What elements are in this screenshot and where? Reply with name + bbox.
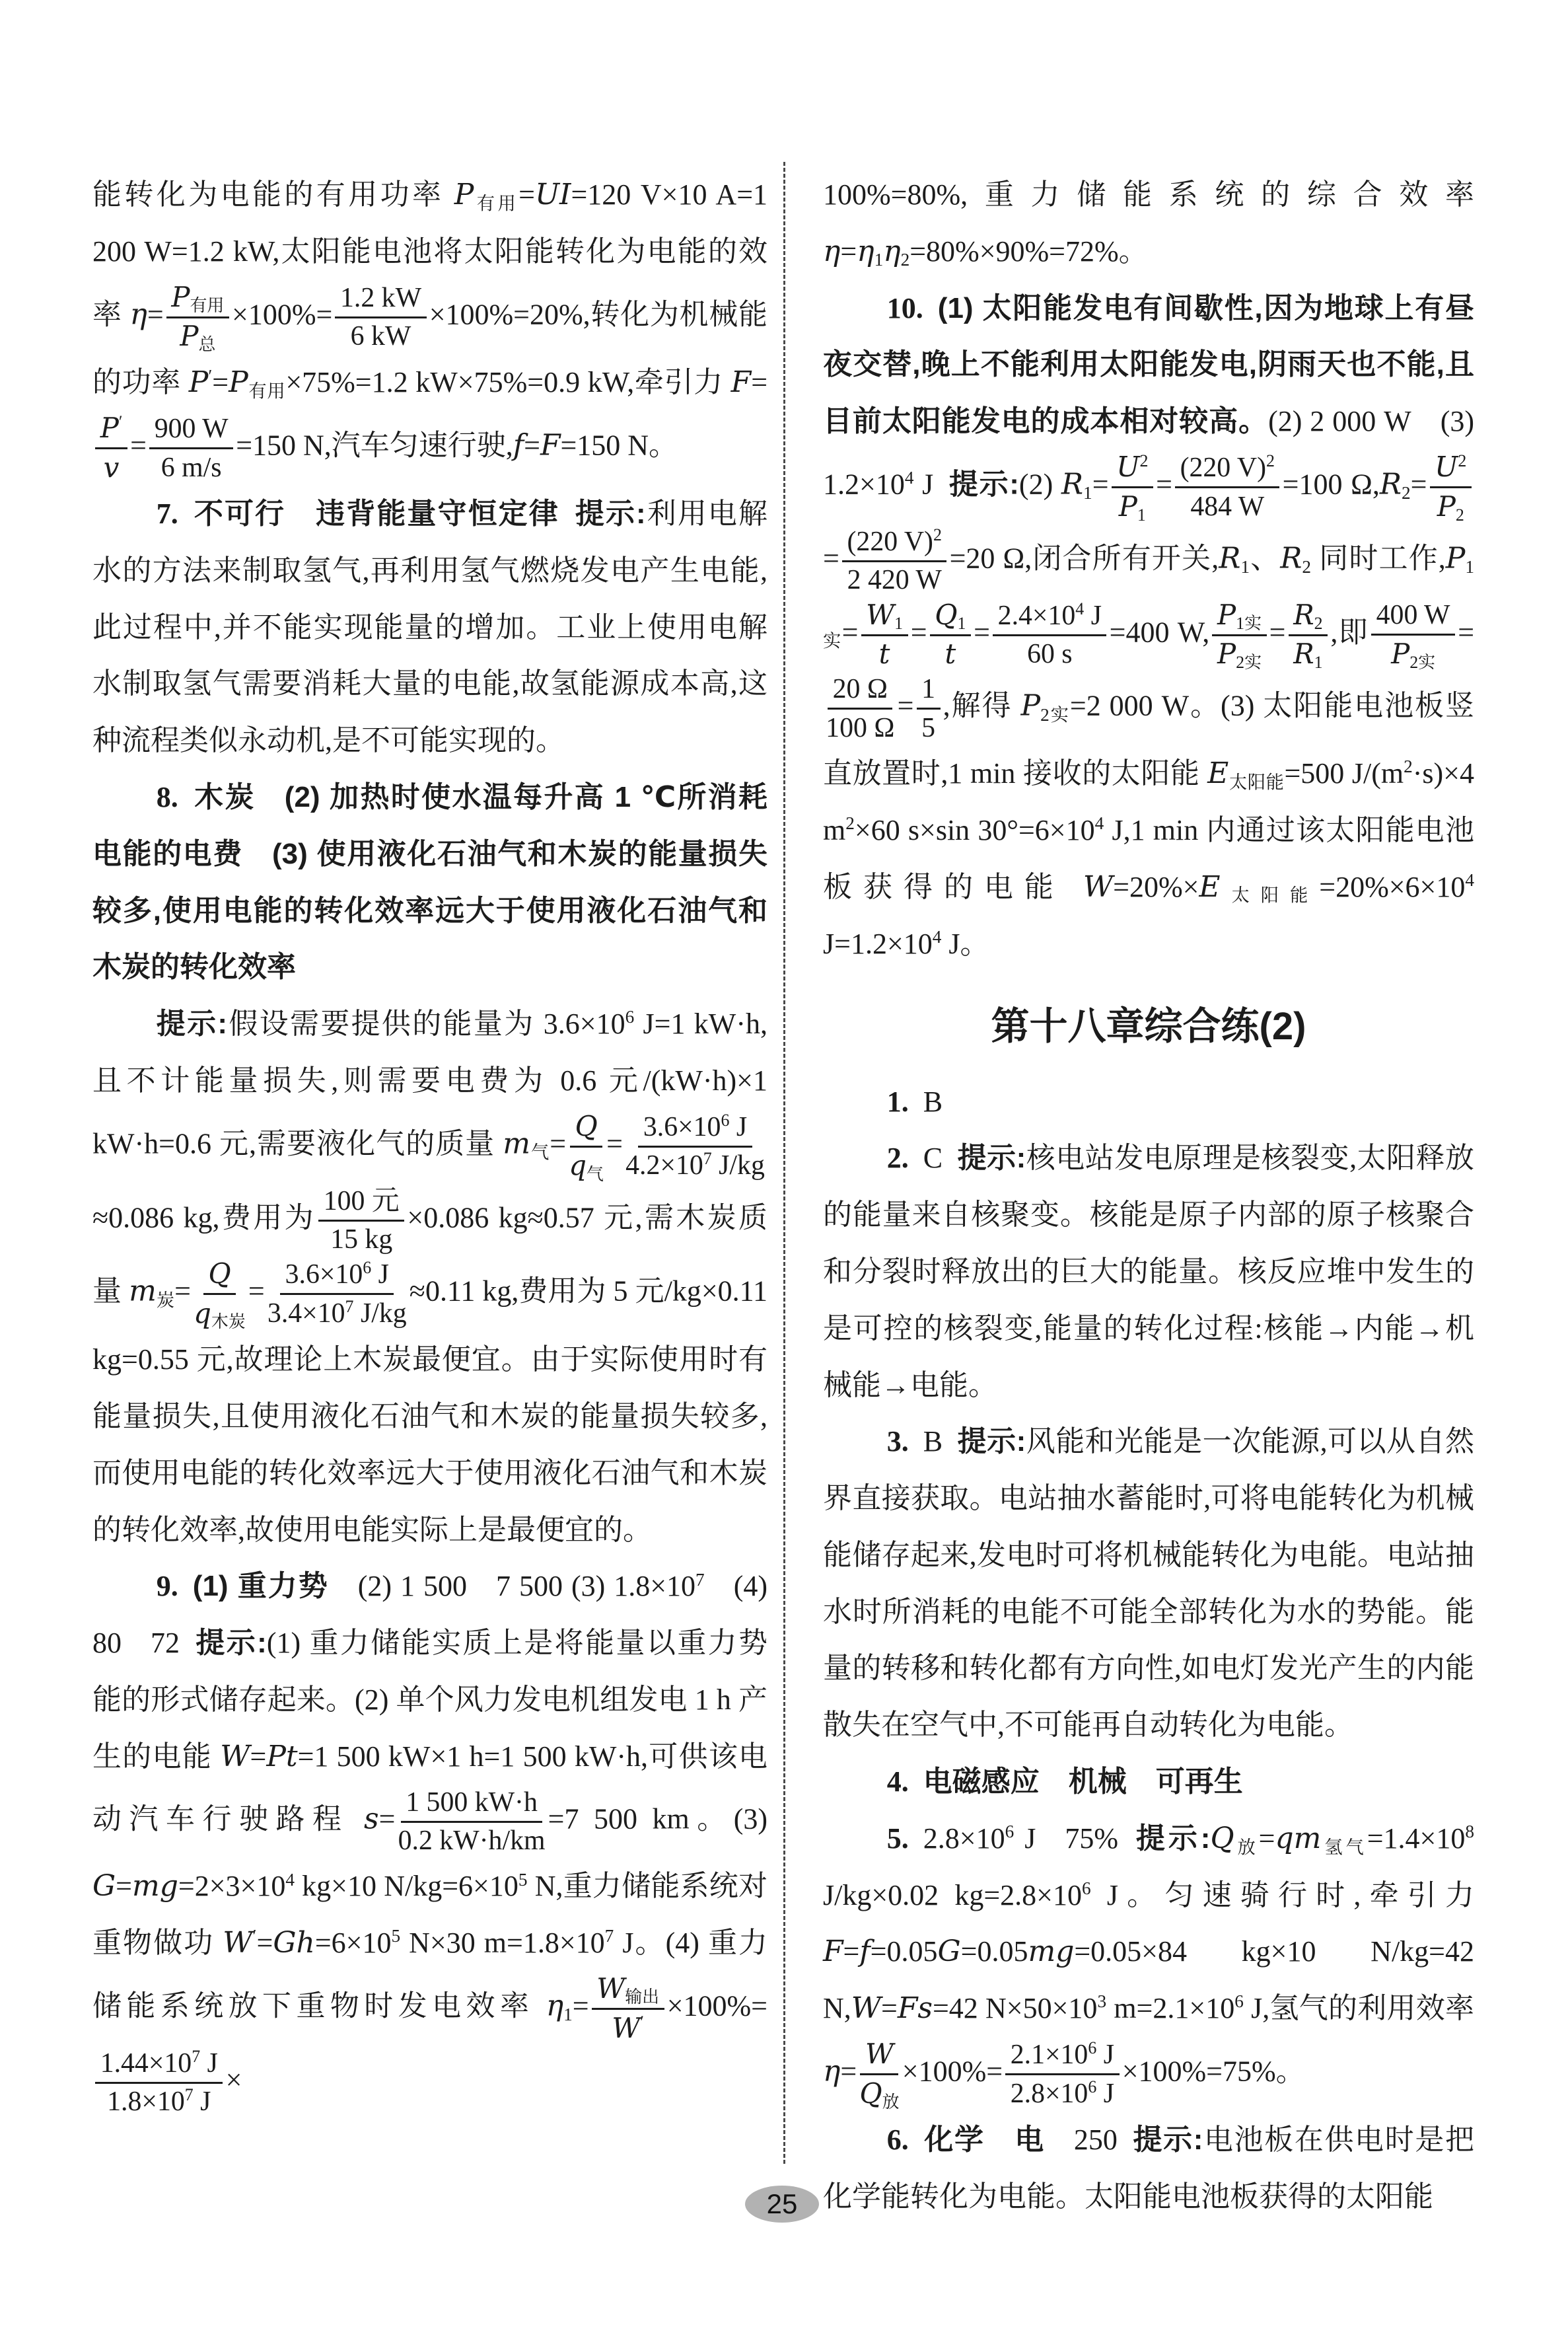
fraction-numerator: 2.4×104 J — [993, 599, 1106, 636]
math-variable: P — [229, 365, 248, 399]
item-number: 8. — [157, 781, 178, 813]
superscript: ′ — [119, 412, 123, 431]
fraction-numerator: 3.6×106 J — [280, 1257, 394, 1295]
subscript: 放 — [1234, 1837, 1259, 1857]
math-variable: Pt — [266, 1740, 297, 1773]
hint-label: 提示: — [957, 1425, 1026, 1458]
superscript: 6 — [1234, 1991, 1244, 2011]
math-variable: Q — [575, 1110, 597, 1142]
fraction-denominator: 0.2 kW·h/km — [398, 1823, 546, 1859]
answer-9-continuation: 100%=80%,重力储能系统的综合效率 η=η1η2=80%×90%=72%。 — [823, 166, 1474, 280]
fraction-numerator: U2 — [1430, 450, 1472, 488]
answer-7: 7. 不可行 违背能量守恒定律 提示:利用电解水的方法来制取氢气,再利用氢气燃烧… — [92, 486, 767, 769]
fraction-numerator: 1.2 kW — [335, 281, 426, 318]
fraction-denominator: 484 W — [1190, 488, 1264, 524]
superscript: 5 — [391, 1926, 400, 1946]
superscript: 3 — [1097, 1991, 1106, 2011]
math-variable: UI — [535, 178, 571, 211]
subscript: 2 — [1402, 483, 1411, 503]
math-variable: P — [1217, 638, 1236, 670]
subscript: 气 — [587, 1165, 604, 1184]
math-variable: R — [1293, 599, 1314, 631]
fraction: WQ放 — [859, 2037, 899, 2112]
math-variable: η — [823, 235, 840, 268]
math-variable: P — [1119, 490, 1137, 523]
math-variable: W — [220, 1740, 250, 1773]
math-variable: η — [883, 235, 900, 268]
fraction-numerator: Q — [203, 1257, 236, 1295]
fraction-numerator: W1 — [861, 598, 908, 636]
math-variable: P — [1437, 490, 1456, 523]
subscript: 有用 — [474, 194, 518, 213]
math-variable: t — [879, 638, 890, 670]
page-number-badge: 25 — [745, 2186, 819, 2223]
bold-answer: 第十八章综合练(2) — [991, 1005, 1306, 1048]
math-variable: η — [857, 235, 874, 268]
math-variable: G — [937, 1935, 960, 1968]
right-column: 100%=80%,重力储能系统的综合效率 η=η1η2=80%×90%=72%。… — [823, 166, 1474, 2225]
answer-8: 8. 木炭 (2) 加热时使水温每升高 1 ℃所消耗电能的电费 (3) 使用液化… — [92, 769, 767, 996]
subscript: 太阳能 — [1229, 772, 1284, 792]
fraction-numerator: Q — [570, 1109, 602, 1148]
math-variable: W — [596, 1972, 625, 2005]
subscript: 1 — [563, 2005, 573, 2024]
fraction-denominator: 4.2×107 J/kg — [625, 1148, 765, 1183]
fraction: 1 500 kW·h0.2 kW·h/km — [398, 1785, 546, 1859]
superscript: 4 — [1075, 599, 1084, 618]
column-divider — [783, 162, 785, 2164]
fraction: Q1t — [930, 598, 971, 673]
math-variable: U — [1116, 451, 1139, 483]
subscript: 1 — [894, 614, 903, 633]
math-variable: Gh — [273, 1926, 315, 1960]
superscript: 4 — [905, 468, 914, 488]
fraction-numerator: W — [860, 2037, 898, 2075]
fraction-denominator: 6 m/s — [161, 449, 222, 485]
subscript: 1 — [1314, 653, 1323, 672]
fraction-denominator: 2 420 W — [847, 562, 942, 598]
math-variable: f — [859, 1935, 870, 1968]
hint-label: 提示: — [1132, 2123, 1203, 2156]
fraction-numerator: P有用 — [166, 280, 229, 318]
subscript: 1实 — [1236, 614, 1262, 633]
fraction: Qq气 — [569, 1109, 604, 1184]
math-variable: R — [1293, 638, 1314, 670]
superscript: 2 — [845, 813, 855, 833]
math-variable: P — [1391, 638, 1409, 670]
math-variable: R — [1380, 467, 1402, 501]
superscript: 6 — [721, 1111, 729, 1130]
superscript: 7 — [605, 1926, 614, 1946]
fraction-numerator: Q1 — [930, 598, 971, 636]
superscript: 2 — [1139, 451, 1148, 470]
fraction: 2.4×104 J60 s — [993, 599, 1106, 672]
math-variable: W — [865, 2038, 894, 2070]
math-variable: mg — [132, 1869, 178, 1903]
answer-6-continuation: 能转化为电能的有用功率 P有用=UI=120 V×10 A=1 200 W=1.… — [92, 166, 767, 486]
subscript: 太阳能 — [1221, 885, 1320, 905]
fraction: U2P1 — [1112, 450, 1153, 525]
fraction-denominator: P1 — [1119, 488, 1146, 525]
fraction-denominator: 60 s — [1027, 636, 1073, 672]
math-variable: W — [223, 1926, 252, 1960]
fraction-denominator: 3.4×107 J/kg — [267, 1295, 407, 1331]
fraction-denominator: q木炭 — [194, 1295, 246, 1331]
math-variable: P — [171, 281, 190, 313]
subscript: 炭 — [157, 1290, 174, 1310]
subscript: 2实 — [1236, 653, 1262, 672]
fraction: P有用P总 — [166, 280, 229, 355]
fraction: (220 V)22 420 W — [842, 525, 946, 598]
item-number: 5. — [887, 1822, 909, 1855]
answer-key-page: 能转化为电能的有用功率 P有用=UI=120 V×10 A=1 200 W=1.… — [0, 0, 1568, 2325]
math-variable: G — [92, 1869, 116, 1903]
subscript: 2 — [1314, 614, 1323, 633]
fraction: 3.6×106 J3.4×107 J/kg — [267, 1257, 407, 1331]
math-variable: P — [1020, 689, 1040, 723]
answer-8-hint: 提示:假设需要提供的能量为 3.6×106 J=1 kW·h,且不计能量损失,则… — [92, 996, 767, 1558]
math-variable: R — [1280, 541, 1302, 575]
fraction-denominator: 100 Ω — [826, 710, 894, 745]
subscript: 2 — [1456, 505, 1464, 525]
math-variable: Q — [859, 2077, 882, 2110]
page-number: 25 — [767, 2188, 798, 2220]
superscript: 6 — [1082, 1878, 1091, 1898]
superscript: 7 — [695, 1570, 705, 1590]
fraction-numerator: 1.44×107 J — [95, 2046, 223, 2084]
math-variable: s — [364, 1802, 379, 1835]
math-variable: Q — [935, 599, 957, 631]
math-variable: R — [1061, 467, 1083, 501]
fraction-denominator: t — [944, 636, 956, 673]
fraction-denominator: W′ — [612, 2010, 644, 2046]
superscript: 7 — [185, 2085, 194, 2104]
answer-1: 1. B — [823, 1074, 1474, 1130]
math-variable: E — [1207, 757, 1229, 790]
subscript: 1 — [1240, 557, 1250, 577]
fraction-numerator: P1实 — [1212, 598, 1266, 636]
subscript: 木炭 — [211, 1312, 246, 1331]
math-variable: P — [180, 320, 198, 352]
superscript: 8 — [1465, 1822, 1474, 1841]
math-variable: U — [1435, 451, 1458, 483]
answer-3: 3. B 提示:风能和光能是一次能源,可以从自然界直接获取。电站抽水蓄能时,可将… — [823, 1413, 1474, 1753]
fraction: 900 W6 m/s — [149, 412, 233, 485]
math-variable: η — [546, 1989, 563, 2023]
fraction: 400 WP2实 — [1371, 598, 1455, 672]
math-variable: Fs — [898, 1991, 933, 2025]
math-variable: qm — [1275, 1822, 1322, 1855]
superscript: 5 — [518, 1870, 528, 1890]
superscript: ′ — [253, 1926, 257, 1946]
math-variable: P — [189, 365, 209, 399]
superscript: 4 — [1465, 870, 1474, 890]
fraction: 20 Ω100 Ω — [826, 672, 894, 745]
answer-6: 6. 化学 电 250 提示:电池板在供电时是把化学能转化为电能。太阳能电池板获… — [823, 2112, 1474, 2225]
fraction-denominator: P2实 — [1217, 636, 1262, 673]
fraction-numerator: 3.6×106 J — [638, 1110, 752, 1148]
fraction-numerator: 900 W — [149, 412, 233, 449]
superscript: 2 — [1266, 451, 1275, 470]
math-variable: m — [503, 1126, 530, 1160]
item-number: 2. — [887, 1142, 909, 1174]
fraction-denominator: P2实 — [1391, 636, 1435, 672]
fraction-numerator: (220 V)2 — [1175, 451, 1279, 488]
math-variable: η — [129, 297, 147, 331]
superscript: 4 — [285, 1870, 295, 1890]
item-number: 6. — [887, 2123, 909, 2156]
fraction-denominator: v — [104, 449, 120, 486]
math-variable: Q — [1210, 1822, 1234, 1855]
hint-label: 提示: — [157, 1008, 227, 1040]
subscript: 有用 — [190, 296, 224, 315]
fraction: 15 — [917, 672, 941, 745]
subscript: 1 — [1137, 505, 1146, 525]
math-variable: W — [612, 2012, 640, 2044]
math-variable: q — [194, 1297, 211, 1329]
item-number: 9. — [157, 1570, 178, 1602]
answer-4: 4. 电磁感应 机械 可再生 — [823, 1753, 1474, 1810]
superscript: 6 — [625, 1007, 635, 1027]
hint-label: 提示: — [194, 1627, 267, 1659]
math-variable: f — [513, 429, 524, 462]
fraction: U2P2 — [1430, 450, 1472, 525]
fraction-numerator: 400 W — [1371, 598, 1455, 636]
subscript: 气 — [530, 1142, 550, 1162]
superscript: ′ — [640, 2012, 644, 2032]
math-variable: F — [540, 429, 561, 462]
fraction-numerator: 100 元 — [318, 1184, 404, 1222]
fraction: 1.44×107 J1.8×107 J — [95, 2046, 223, 2120]
fraction-denominator: 1.8×107 J — [107, 2084, 211, 2120]
answer-5: 5. 2.8×106 J 75% 提示:Q放=qm氢气=1.4×108 J/kg… — [823, 1810, 1474, 2112]
superscript: 6 — [1088, 2038, 1096, 2057]
subscript: 2实 — [1040, 705, 1070, 725]
superscript: 7 — [703, 1149, 712, 1168]
hint-label: 提示: — [574, 498, 646, 530]
math-variable: P — [100, 412, 119, 444]
bold-answer: (1) 重力势 — [193, 1570, 329, 1602]
bold-answer: 电磁感应 机械 可再生 — [923, 1765, 1243, 1798]
fraction-denominator: R1 — [1293, 636, 1322, 673]
fraction-denominator: 6 kW — [351, 318, 411, 354]
answer-10: 10. (1) 太阳能发电有间歇性,因为地球上有昼夜交替,晚上不能利用太阳能发电… — [823, 280, 1474, 973]
fraction-numerator: W输出 — [592, 1972, 664, 2010]
fraction-denominator: P总 — [180, 318, 215, 355]
fraction-numerator: 1 500 kW·h — [401, 1785, 543, 1823]
subscript: 1 — [1083, 483, 1092, 503]
math-variable: P — [1446, 541, 1466, 575]
superscript: 6 — [1088, 2077, 1096, 2096]
superscript: 7 — [192, 2047, 200, 2066]
math-variable: W — [851, 1991, 881, 2025]
bold-answer: 木炭 (2) 加热时使水温每升高 1 ℃所消耗电能的电费 (3) 使用液化石油气… — [92, 781, 767, 983]
item-number: 7. — [157, 498, 178, 530]
fraction: 1.2 kW6 kW — [335, 281, 426, 354]
left-column: 能转化为电能的有用功率 P有用=UI=120 V×10 A=1 200 W=1.… — [92, 166, 767, 2120]
fraction-numerator: 1 — [917, 672, 941, 710]
math-variable: W — [1083, 870, 1113, 904]
superscript: 6 — [363, 1258, 371, 1277]
subscript: 放 — [882, 2092, 900, 2112]
item-number: 1. — [887, 1086, 909, 1118]
fraction-denominator: 2.8×106 J — [1011, 2075, 1114, 2111]
superscript: 4 — [933, 927, 942, 947]
fraction: (220 V)2484 W — [1175, 451, 1279, 524]
fraction: W1t — [861, 598, 908, 673]
bold-answer: 不可行 违背能量守恒定律 — [193, 498, 559, 530]
subscript: 2 — [1302, 557, 1311, 577]
superscript: 7 — [345, 1297, 354, 1316]
subscript: 有用 — [248, 381, 286, 401]
section-heading: 第十八章综合练(2) — [823, 989, 1474, 1064]
bold-answer: 化学 电 — [923, 2123, 1045, 2156]
subscript: 总 — [198, 335, 215, 354]
superscript: 6 — [1005, 1822, 1015, 1841]
superscript: ′ — [208, 366, 212, 386]
fraction: 3.6×106 J4.2×107 J/kg — [625, 1110, 765, 1183]
fraction: 2.1×106 J2.8×106 J — [1005, 2038, 1119, 2111]
math-variable: v — [104, 451, 120, 484]
subscript: 2 — [901, 250, 910, 270]
math-variable: η — [823, 2055, 840, 2088]
superscript: 2 — [1458, 451, 1466, 470]
math-variable: F — [731, 365, 752, 399]
fraction-numerator: (220 V)2 — [842, 525, 946, 562]
fraction-numerator: R2 — [1289, 598, 1328, 636]
math-variable: P — [1217, 599, 1236, 631]
hint-label: 提示: — [948, 468, 1019, 500]
fraction-numerator: P′ — [95, 411, 127, 449]
fraction-denominator: q气 — [569, 1148, 604, 1184]
answer-2: 2. C 提示:核电站发电原理是核裂变,太阳释放的能量来自核聚变。核能是原子内部… — [823, 1130, 1474, 1413]
math-variable: F — [823, 1935, 843, 1968]
math-variable: q — [569, 1149, 587, 1181]
item-number: 10. — [887, 292, 923, 324]
superscript: 2 — [933, 525, 942, 544]
fraction: W输出W′ — [592, 1972, 664, 2046]
fraction: R2R1 — [1289, 598, 1328, 673]
math-variable: Q — [208, 1257, 231, 1290]
math-variable: m — [129, 1274, 157, 1308]
math-variable: P — [454, 178, 474, 211]
subscript: 1 — [958, 614, 966, 633]
superscript: 4 — [1095, 813, 1104, 833]
item-number: 4. — [887, 1765, 909, 1798]
hint-label: 提示: — [1133, 1822, 1210, 1855]
superscript: 2 — [1404, 757, 1413, 776]
fraction: 100 元15 kg — [318, 1184, 404, 1257]
subscript: 输出 — [625, 1987, 659, 2007]
fraction: P′v — [95, 411, 127, 486]
fraction: Qq木炭 — [194, 1257, 246, 1331]
fraction-denominator: t — [879, 636, 890, 673]
fraction-denominator: P2 — [1437, 488, 1464, 525]
subscript: 氢气 — [1321, 1837, 1367, 1857]
math-variable: E — [1199, 870, 1220, 904]
math-variable: R — [1219, 541, 1240, 575]
fraction-denominator: 15 kg — [330, 1222, 392, 1257]
hint-label: 提示: — [957, 1142, 1026, 1174]
math-variable: W — [866, 599, 894, 631]
math-variable: mg — [1028, 1935, 1074, 1968]
answer-9: 9. (1) 重力势 (2) 1 500 7 500 (3) 1.8×107 (… — [92, 1558, 767, 2119]
fraction-denominator: Q放 — [859, 2075, 899, 2112]
fraction-numerator: 20 Ω — [828, 672, 892, 710]
math-variable: t — [944, 638, 956, 670]
fraction-denominator: 5 — [921, 710, 935, 745]
fraction-numerator: U2 — [1112, 450, 1153, 488]
subscript: 2实 — [1409, 653, 1435, 672]
subscript: 1 — [874, 250, 884, 270]
item-number: 3. — [887, 1425, 909, 1458]
fraction: P1实P2实 — [1212, 598, 1266, 673]
fraction-numerator: 2.1×106 J — [1005, 2038, 1119, 2075]
